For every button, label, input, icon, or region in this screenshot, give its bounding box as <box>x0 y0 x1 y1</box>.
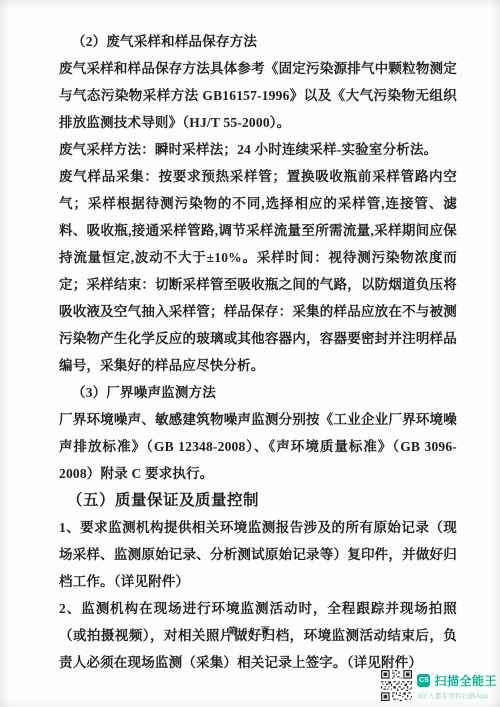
paragraph: 废气样品采集：按要求预热采样管；置换吸收瓶前采样管路内空气；采样根据待测污染物的… <box>59 163 457 379</box>
paragraph: 1、要求监测机构提供相关环境监测报告涉及的所有原始记录（现场采样、监测原始记录、… <box>59 514 457 595</box>
page-number: 第 18 页 <box>0 624 500 637</box>
scan-edge-shadow <box>490 0 500 707</box>
section-subheading: （2）废气采样和样品保存方法 <box>59 28 457 55</box>
camscanner-logo-icon: CS <box>417 674 430 687</box>
paragraph: 废气采样方法：瞬时采样法；24 小时连续采样-实验室分析法。 <box>59 136 457 163</box>
scan-edge-shadow <box>0 0 500 8</box>
paragraph: 厂界环境噪声、敏感建筑物噪声监测分别按《工业企业厂界环境噪声排放标准》（GB 1… <box>59 406 457 487</box>
scanned-document-page: （2）废气采样和样品保存方法 废气采样和样品保存方法具体参考《固定污染源排气中颗… <box>0 0 500 707</box>
camscanner-tagline: 3亿人都在用的扫描App <box>417 691 497 700</box>
scan-edge-shadow <box>0 0 10 707</box>
section-heading: （五）质量保证及质量控制 <box>59 487 457 514</box>
paragraph: 废气采样和样品保存方法具体参考《固定污染源排气中颗粒物测定与气态污染物采样方法 … <box>59 55 457 136</box>
watermark-text: CS 扫描全能王 3亿人都在用的扫描App <box>417 672 497 700</box>
camscanner-watermark: CS 扫描全能王 3亿人都在用的扫描App <box>381 670 497 701</box>
section-subheading: （3）厂界噪声监测方法 <box>59 379 457 406</box>
document-body: （2）废气采样和样品保存方法 废气采样和样品保存方法具体参考《固定污染源排气中颗… <box>59 28 457 676</box>
qr-code-icon <box>381 670 412 701</box>
camscanner-brand-name: 扫描全能王 <box>434 672 497 689</box>
